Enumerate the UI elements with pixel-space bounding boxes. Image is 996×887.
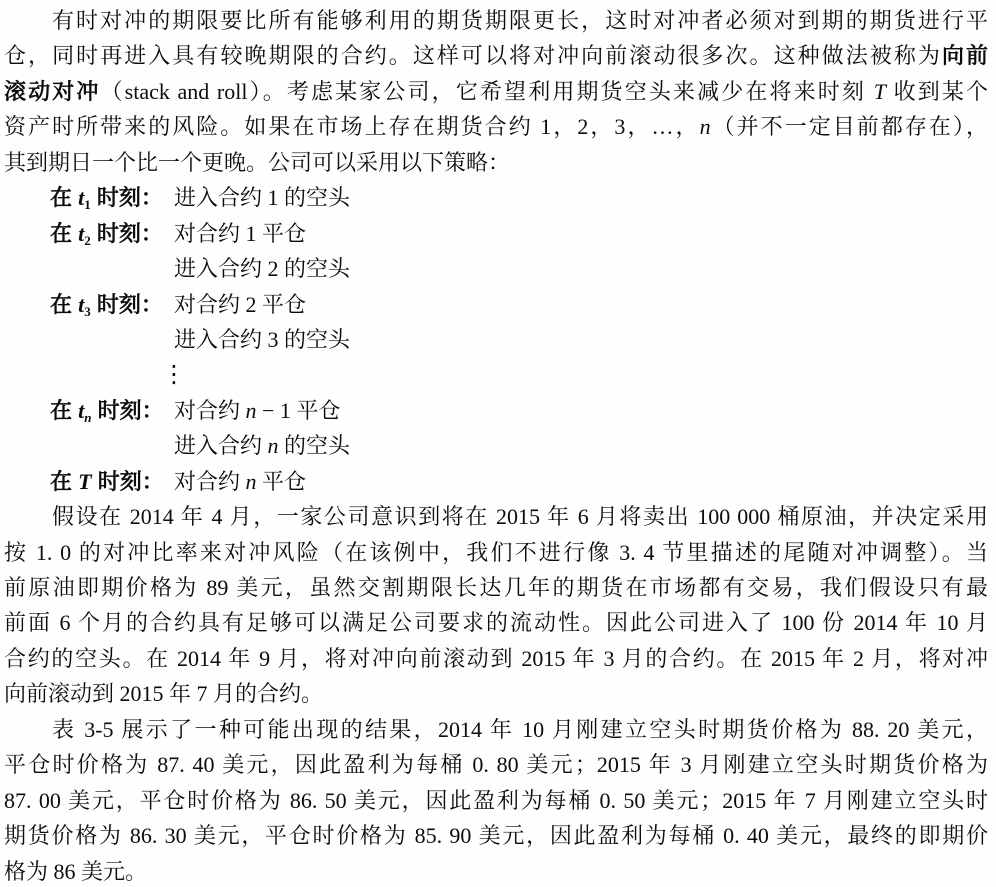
label-text: 时刻： — [91, 292, 163, 317]
strategy-ellipsis: ⋮ — [4, 357, 988, 392]
math-variable-T: T — [874, 79, 886, 104]
text-segment: 收到某个 — [886, 79, 988, 104]
label-spacer — [50, 428, 174, 463]
step-time-label: 在 T 时刻： — [50, 464, 174, 499]
text-line: 前面 6 个月的合约具有足够可以满足公司要求的流动性。因此公司进入了 100 份… — [4, 605, 988, 640]
text-segment: 前面 6 个月的合约具有足够可以满足公司要求的流动性。因此公司进入了 100 份… — [4, 610, 988, 635]
text-segment: 其到期日一个比一个更晚。公司可以采用以下策略： — [4, 150, 510, 175]
text-segment: − 1 平仓 — [257, 398, 341, 423]
label-text: 在 — [50, 292, 78, 317]
text-line: 假设在 2014 年 4 月，一家公司意识到将在 2015 年 6 月将卖出 1… — [4, 499, 988, 534]
text-segment: 资产时所带来的风险。如果在市场上存在期货合约 1，2，3，…， — [4, 114, 700, 139]
text-line: 有时对冲的期限要比所有能够利用的期货期限更长，这时对冲者必须对到期的期货进行平 — [4, 3, 988, 38]
step-action: 对合约 n 平仓 — [174, 464, 306, 499]
step-time-label: 在 tn 时刻： — [50, 393, 174, 428]
text-line: 按 1. 0 的对冲比率来对冲风险（在该例中，我们不进行像 3. 4 节里描述的… — [4, 535, 988, 570]
step-action: 对合约 n − 1 平仓 — [174, 393, 340, 428]
text-segment: 的空头 — [279, 433, 351, 458]
bold-term: 滚动对冲 — [4, 79, 101, 104]
paragraph-intro: 有时对冲的期限要比所有能够利用的期货期限更长，这时对冲者必须对到期的期货进行平 … — [4, 3, 988, 180]
text-segment: 对合约 — [174, 469, 246, 494]
text-line: 仓，同时再进入具有较晚期限的合约。这样可以将对冲向前滚动很多次。这种做法被称为向… — [4, 38, 988, 73]
text-line: 平仓时价格为 87. 40 美元，因此盈利为每桶 0. 80 美元；2015 年… — [4, 747, 988, 782]
step-action: 进入合约 3 的空头 — [174, 322, 350, 357]
label-text: 在 — [50, 398, 78, 423]
text-segment: 格为 86 美元。 — [4, 859, 147, 884]
label-text: 在 — [50, 469, 78, 494]
label-text: 在 — [50, 185, 78, 210]
step-time-label: 在 t3 时刻： — [50, 287, 174, 322]
text-line: 合约的空头。在 2014 年 9 月，将对冲向前滚动到 2015 年 3 月的合… — [4, 641, 988, 676]
text-segment: 期货价格为 86. 30 美元，平仓时价格为 85. 90 美元，因此盈利为每桶… — [4, 823, 988, 848]
step-action: 对合约 2 平仓 — [174, 287, 306, 322]
math-variable-T: T — [78, 469, 91, 494]
text-line: 表 3-5 展示了一种可能出现的结果，2014 年 10 月刚建立空头时期货价格… — [4, 712, 988, 747]
text-segment: （stack and roll）。考虑某家公司，它希望利用期货空头来减少在将来时… — [101, 79, 874, 104]
vertical-ellipsis: ⋮ — [162, 360, 186, 388]
text-line: 滚动对冲（stack and roll）。考虑某家公司，它希望利用期货空头来减少… — [4, 74, 988, 109]
text-segment: 对合约 — [174, 398, 246, 423]
math-variable-n: n — [700, 114, 711, 139]
step-action: 进入合约 n 的空头 — [174, 428, 350, 463]
text-segment: 按 1. 0 的对冲比率来对冲风险（在该例中，我们不进行像 3. 4 节里描述的… — [4, 540, 988, 565]
text-segment: 87. 00 美元，平仓时价格为 86. 50 美元，因此盈利为每桶 0. 50… — [4, 788, 988, 813]
math-variable-n: n — [246, 469, 257, 494]
text-line: 87. 00 美元，平仓时价格为 86. 50 美元，因此盈利为每桶 0. 50… — [4, 783, 988, 818]
text-line: 向前滚动到 2015 年 7 月的合约。 — [4, 676, 988, 711]
text-line: 资产时所带来的风险。如果在市场上存在期货合约 1，2，3，…，n（并不一定目前都… — [4, 109, 988, 144]
label-text: 时刻： — [92, 469, 164, 494]
label-text: 时刻： — [91, 185, 163, 210]
paragraph-results: 表 3-5 展示了一种可能出现的结果，2014 年 10 月刚建立空头时期货价格… — [4, 712, 988, 887]
text-segment: 表 3-5 展示了一种可能出现的结果，2014 年 10 月刚建立空头时期货价格… — [52, 717, 988, 742]
paragraph-example-setup: 假设在 2014 年 4 月，一家公司意识到将在 2015 年 6 月将卖出 1… — [4, 499, 988, 712]
document-page: 有时对冲的期限要比所有能够利用的期货期限更长，这时对冲者必须对到期的期货进行平 … — [0, 0, 996, 887]
bold-term: 向前 — [942, 43, 988, 68]
label-text: 时刻： — [91, 398, 163, 423]
text-line: 期货价格为 86. 30 美元，平仓时价格为 85. 90 美元，因此盈利为每桶… — [4, 818, 988, 853]
text-line: 格为 86 美元。 — [4, 854, 988, 887]
text-segment: 有时对冲的期限要比所有能够利用的期货期限更长，这时对冲者必须对到期的期货进行平 — [52, 8, 988, 33]
strategy-step-t2: 在 t2 时刻： 对合约 1 平仓 — [4, 216, 988, 251]
strategy-step-t1: 在 t1 时刻： 进入合约 1 的空头 — [4, 180, 988, 215]
label-spacer — [50, 322, 174, 357]
math-variable-n: n — [268, 433, 279, 458]
label-spacer — [50, 251, 174, 286]
math-variable-n: n — [246, 398, 257, 423]
text-segment: 仓，同时再进入具有较晚期限的合约。这样可以将对冲向前滚动很多次。这种做法被称为 — [4, 43, 942, 68]
strategy-step-tn-cont: 进入合约 n 的空头 — [4, 428, 988, 463]
step-time-label: 在 t1 时刻： — [50, 180, 174, 215]
text-segment: 合约的空头。在 2014 年 9 月，将对冲向前滚动到 2015 年 3 月的合… — [4, 646, 988, 671]
strategy-step-t3-cont: 进入合约 3 的空头 — [4, 322, 988, 357]
step-action: 对合约 1 平仓 — [174, 216, 306, 251]
step-action: 进入合约 2 的空头 — [174, 251, 350, 286]
step-time-label: 在 t2 时刻： — [50, 216, 174, 251]
label-text: 在 — [50, 221, 78, 246]
strategy-step-tn: 在 tn 时刻： 对合约 n − 1 平仓 — [4, 393, 988, 428]
strategy-step-T: 在 T 时刻： 对合约 n 平仓 — [4, 464, 988, 499]
text-segment: 平仓 — [257, 469, 307, 494]
text-segment: （并不一定目前都存在）， — [711, 114, 988, 139]
step-action: 进入合约 1 的空头 — [174, 180, 350, 215]
strategy-step-t3: 在 t3 时刻： 对合约 2 平仓 — [4, 287, 988, 322]
text-segment: 进入合约 — [174, 433, 268, 458]
text-line: 其到期日一个比一个更晚。公司可以采用以下策略： — [4, 145, 988, 180]
label-text: 时刻： — [91, 221, 163, 246]
text-line: 前原油即期价格为 89 美元，虽然交割期限长达几年的期货在市场都有交易，我们假设… — [4, 570, 988, 605]
text-segment: 前原油即期价格为 89 美元，虽然交割期限长达几年的期货在市场都有交易，我们假设… — [4, 575, 988, 600]
text-segment: 平仓时价格为 87. 40 美元，因此盈利为每桶 0. 80 美元；2015 年… — [4, 752, 988, 777]
strategy-list: 在 t1 时刻： 进入合约 1 的空头 在 t2 时刻： 对合约 1 平仓 进入… — [4, 180, 988, 499]
text-segment: 向前滚动到 2015 年 7 月的合约。 — [4, 681, 323, 706]
strategy-step-t2-cont: 进入合约 2 的空头 — [4, 251, 988, 286]
text-segment: 假设在 2014 年 4 月，一家公司意识到将在 2015 年 6 月将卖出 1… — [52, 504, 988, 529]
